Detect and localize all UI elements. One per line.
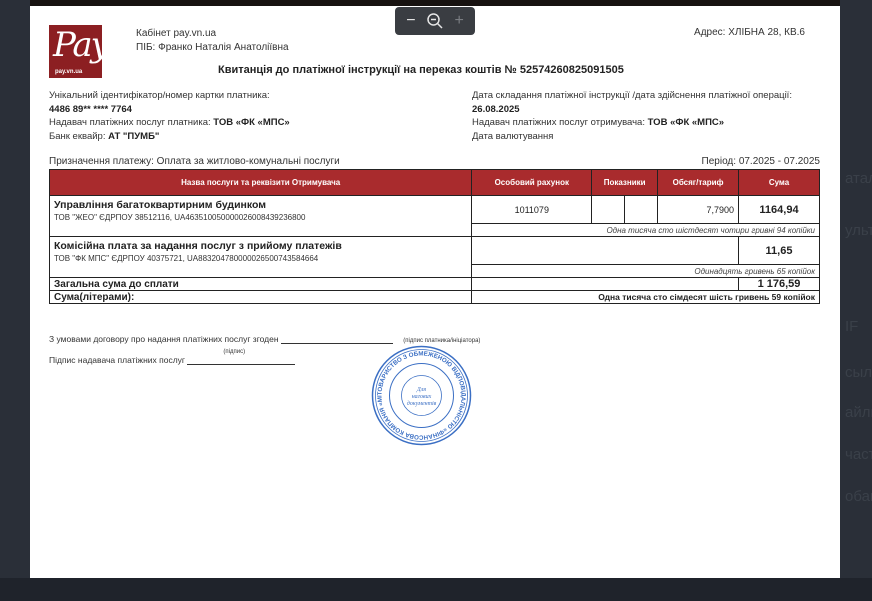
date-value: 26.08.2025: [472, 104, 520, 115]
zoom-out-button[interactable]: −: [406, 13, 415, 29]
total-words: Одна тисяча сто сімдесят шість гривень 5…: [472, 291, 820, 304]
background-text: сылк: [845, 364, 872, 381]
logo-subtext: pay.vn.ua: [55, 69, 82, 75]
agreement-line: З умовами договору про надання платіжних…: [49, 334, 480, 344]
service-requisites: ТОВ "ЖЕО" ЄДРПОУ 38512116, UA46351005000…: [54, 213, 467, 222]
pay-logo: Pay pay.vn.ua: [49, 25, 102, 78]
col-header-service: Назва послуги та реквізити Отримувача: [50, 170, 472, 196]
bank-label: Банк еквайр:: [49, 131, 108, 142]
payer-info: Унікальний ідентифікатор/номер картки пл…: [49, 89, 290, 143]
payer-address: Адрес: ХЛІБНА 28, КВ.6: [694, 27, 805, 38]
zoom-toolbar: − +: [395, 7, 475, 35]
payer-id-value: 4486 89** **** 7764: [49, 104, 132, 115]
company-stamp: ТОВАРИСТВО З ОБМЕЖЕНОЮ ВІДПОВІДАЛЬНІСТЮ …: [370, 344, 473, 447]
cabinet-label: Кабінет pay.vn.ua: [136, 27, 289, 41]
agreement-text: З умовами договору про надання платіжних…: [49, 334, 279, 344]
svg-text:документів: документів: [407, 400, 437, 407]
sum-cell: 1164,94: [739, 196, 820, 224]
background-text: IF: [845, 318, 872, 335]
receipt-title: Квитанція до платіжної інструкції на пер…: [218, 64, 624, 76]
sum-words: Одинадцять гривень 65 копійок: [472, 265, 820, 278]
header-info: Кабінет pay.vn.ua ПІБ: Франко Наталія Ан…: [136, 27, 289, 55]
indicator-cell: [592, 196, 625, 224]
zoom-in-button[interactable]: +: [454, 13, 463, 29]
col-header-account: Особовий рахунок: [472, 170, 592, 196]
service-cell: Управління багатоквартирним будинком ТОВ…: [50, 196, 472, 237]
payment-period: Період: 07.2025 - 07.2025: [702, 156, 820, 167]
table-header-row: Назва послуги та реквізити Отримувача Ос…: [50, 170, 820, 196]
provider-signature-line-row: Підпис надавача платіжних послуг (підпис…: [49, 355, 295, 365]
indicator-cell: [625, 196, 658, 224]
logo-script: Pay: [53, 25, 108, 65]
background-text: части: [845, 446, 872, 463]
payment-purpose: Призначення платежу: Оплата за житлово-к…: [49, 156, 340, 167]
payer-provider-value: ТОВ «ФК «МПС»: [213, 117, 289, 128]
total-row: Загальна сума до сплати 1 176,59: [50, 278, 820, 291]
background-text: ульт: [845, 222, 872, 239]
total-label: Загальна сума до сплати: [50, 278, 472, 291]
payer-id-label: Унікальний ідентифікатор/номер картки пл…: [49, 89, 290, 103]
svg-text:нагових: нагових: [412, 394, 432, 400]
total-words-label: Сума(літерами):: [50, 291, 472, 304]
col-header-tariff: Обсяг/тариф: [658, 170, 739, 196]
provider-signature-hint: (підпис): [223, 349, 245, 355]
date-label: Дата складання платіжної інструкції /дат…: [472, 89, 792, 103]
operation-info: Дата складання платіжної інструкції /дат…: [472, 89, 792, 143]
receipt-document: Pay pay.vn.ua Кабінет pay.vn.ua ПІБ: Фра…: [30, 6, 840, 578]
background-text: атал: [845, 170, 872, 187]
empty-cell: [472, 278, 739, 291]
bank-value: АТ "ПУМБ": [108, 131, 159, 142]
viewer-bottom-bar: [0, 578, 872, 601]
col-header-sum: Сума: [739, 170, 820, 196]
tariff-cell: 7,7900: [658, 196, 739, 224]
value-date-label: Дата валютування: [472, 130, 792, 144]
svg-text:Для: Для: [416, 387, 426, 393]
col-header-indicators: Показники: [592, 170, 658, 196]
service-cell: Комісійна плата за надання послуг з прий…: [50, 237, 472, 278]
payer-signature-line: [281, 334, 393, 344]
payer-provider-label: Надавач платіжних послуг платника:: [49, 117, 213, 128]
recipient-provider-label: Надавач платіжних послуг отримувача:: [472, 117, 648, 128]
recipient-provider-value: ТОВ «ФК «МПС»: [648, 117, 724, 128]
table-row: Управління багатоквартирним будинком ТОВ…: [50, 196, 820, 224]
total-words-row: Сума(літерами): Одна тисяча сто сімдесят…: [50, 291, 820, 304]
background-text: обав: [845, 488, 872, 505]
empty-cell: [472, 237, 739, 265]
sum-words: Одна тисяча сто шістдесят чотири гривні …: [472, 224, 820, 237]
account-cell: 1011079: [472, 196, 592, 224]
table-row: Комісійна плата за надання послуг з прий…: [50, 237, 820, 265]
background-text: айлы: [845, 404, 872, 421]
service-name: Комісійна плата за надання послуг з прий…: [54, 240, 467, 252]
payer-name: ПІБ: Франко Наталія Анатоліївна: [136, 41, 289, 55]
service-name: Управління багатоквартирним будинком: [54, 199, 467, 211]
sum-cell: 11,65: [739, 237, 820, 265]
service-requisites: ТОВ "ФК МПС" ЄДРПОУ 40375721, UA88320478…: [54, 254, 467, 263]
provider-signature-text: Підпис надавача платіжних послуг: [49, 355, 185, 365]
services-table: Назва послуги та реквізити Отримувача Ос…: [49, 169, 820, 304]
total-value: 1 176,59: [739, 278, 820, 291]
magnifier-minus-icon[interactable]: [426, 12, 444, 30]
provider-signature-line: (підпис): [187, 355, 295, 365]
